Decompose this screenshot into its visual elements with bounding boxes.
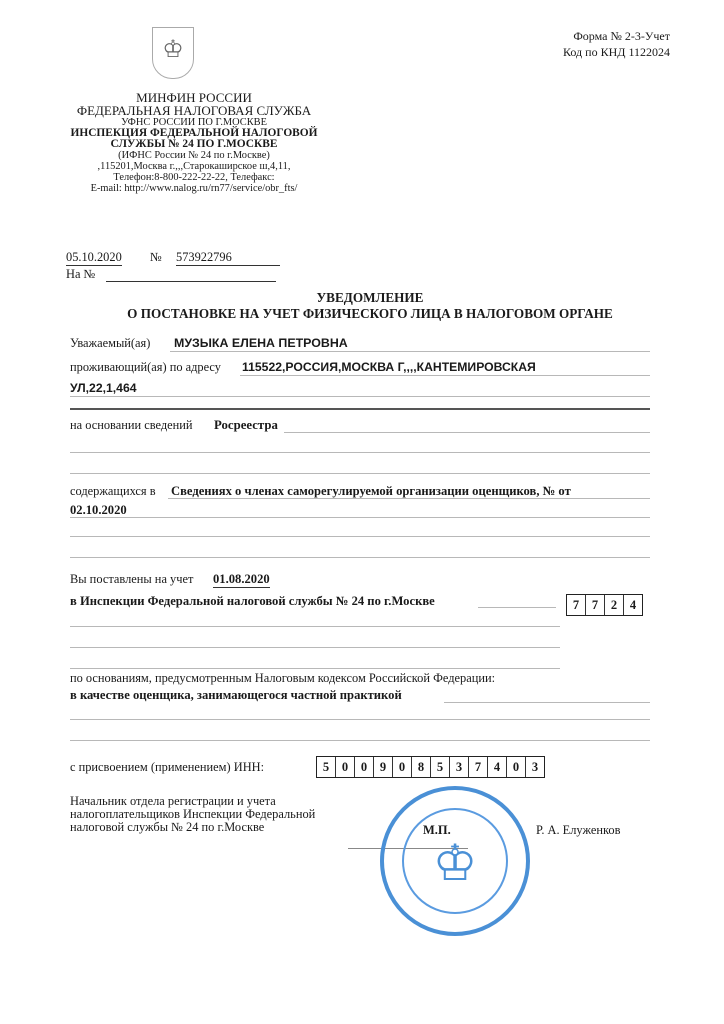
official-stamp: ♔ (380, 786, 530, 936)
signer-position: Начальник отдела регистрации и учета нал… (70, 795, 315, 834)
document-number-label: № (150, 250, 162, 265)
address-line1: 115522,РОССИЯ,МОСКВА Г,,,,КАНТЕМИРОВСКАЯ (242, 360, 536, 374)
inn-digit: 0 (355, 757, 374, 777)
inn-digit: 3 (526, 757, 544, 777)
inn-cells: 5 0 0 9 0 8 5 3 7 4 0 3 (316, 756, 545, 778)
stamp-eagle-icon: ♔ (424, 832, 486, 894)
coat-of-arms-icon: ♔ (152, 27, 194, 79)
basis-source: Росреестра (214, 418, 278, 433)
form-info: Форма № 2-3-Учет Код по КНД 1122024 (520, 28, 670, 60)
registered-date: 01.08.2020 (213, 572, 270, 588)
knd-code: Код по КНД 1122024 (520, 44, 670, 60)
authority-code-cells: 7 7 2 4 (566, 594, 643, 616)
document-title-line2: О ПОСТАНОВКЕ НА УЧЕТ ФИЗИЧЕСКОГО ЛИЦА В … (70, 306, 670, 322)
contained-source: Сведениях о членах саморегулируемой орга… (171, 484, 571, 499)
issuer-address: ,115201,Москва г.,,,Старокаширское ш,4,1… (60, 161, 328, 172)
reply-to-line (106, 281, 276, 282)
issuer-short-name: (ИФНС России № 24 по г.Москве) (60, 150, 328, 161)
inn-digit: 5 (317, 757, 336, 777)
inn-label: с присвоением (применением) ИНН: (70, 760, 264, 775)
authority-code-digit: 7 (567, 595, 586, 615)
reply-to-label: На № (66, 267, 95, 282)
document-date: 05.10.2020 (66, 250, 122, 266)
greeting-label: Уважаемый(ая) (70, 336, 150, 351)
contained-date: 02.10.2020 (70, 503, 127, 518)
stamp-label: М.П. (423, 823, 451, 838)
inn-digit: 7 (469, 757, 488, 777)
registered-label: Вы поставлены на учет (70, 572, 193, 587)
issuer-email: E-mail: http://www.nalog.ru/rn77/service… (60, 183, 328, 194)
grounds-label: по основаниям, предусмотренным Налоговым… (70, 671, 495, 686)
inn-digit: 4 (488, 757, 507, 777)
basis-label: на основании сведений (70, 418, 193, 433)
inn-digit: 9 (374, 757, 393, 777)
signer-position-line3: налоговой службы № 24 по г.Москве (70, 821, 315, 834)
address-label: проживающий(ая) по адресу (70, 360, 221, 375)
inn-digit: 0 (336, 757, 355, 777)
person-name: МУЗЫКА ЕЛЕНА ПЕТРОВНА (174, 336, 348, 350)
issuer-phone: Телефон:8-800-222-22-22, Телефакс: (60, 172, 328, 183)
issuer-block: МИНФИН РОССИИ ФЕДЕРАЛЬНАЯ НАЛОГОВАЯ СЛУЖ… (60, 91, 328, 194)
inn-digit: 5 (431, 757, 450, 777)
form-number: Форма № 2-3-Учет (520, 28, 670, 44)
inn-digit: 0 (393, 757, 412, 777)
inn-digit: 8 (412, 757, 431, 777)
issuer-inspection-line2: СЛУЖБЫ № 24 ПО Г.МОСКВЕ (60, 139, 328, 150)
signer-name: Р. А. Елуженков (536, 823, 620, 838)
document-title-line1: УВЕДОМЛЕНИЕ (70, 290, 670, 306)
authority-code-digit: 4 (624, 595, 642, 615)
tax-authority: в Инспекции Федеральной налоговой службы… (70, 594, 435, 609)
authority-code-digit: 2 (605, 595, 624, 615)
address-line2: УЛ,22,1,464 (70, 381, 137, 395)
inn-digit: 3 (450, 757, 469, 777)
contained-label: содержащихся в (70, 484, 156, 499)
issuer-service: ФЕДЕРАЛЬНАЯ НАЛОГОВАЯ СЛУЖБА (60, 104, 328, 117)
authority-code-digit: 7 (586, 595, 605, 615)
inn-digit: 0 (507, 757, 526, 777)
grounds-value: в качестве оценщика, занимающегося частн… (70, 688, 402, 703)
document-number: 573922796 (176, 250, 280, 266)
